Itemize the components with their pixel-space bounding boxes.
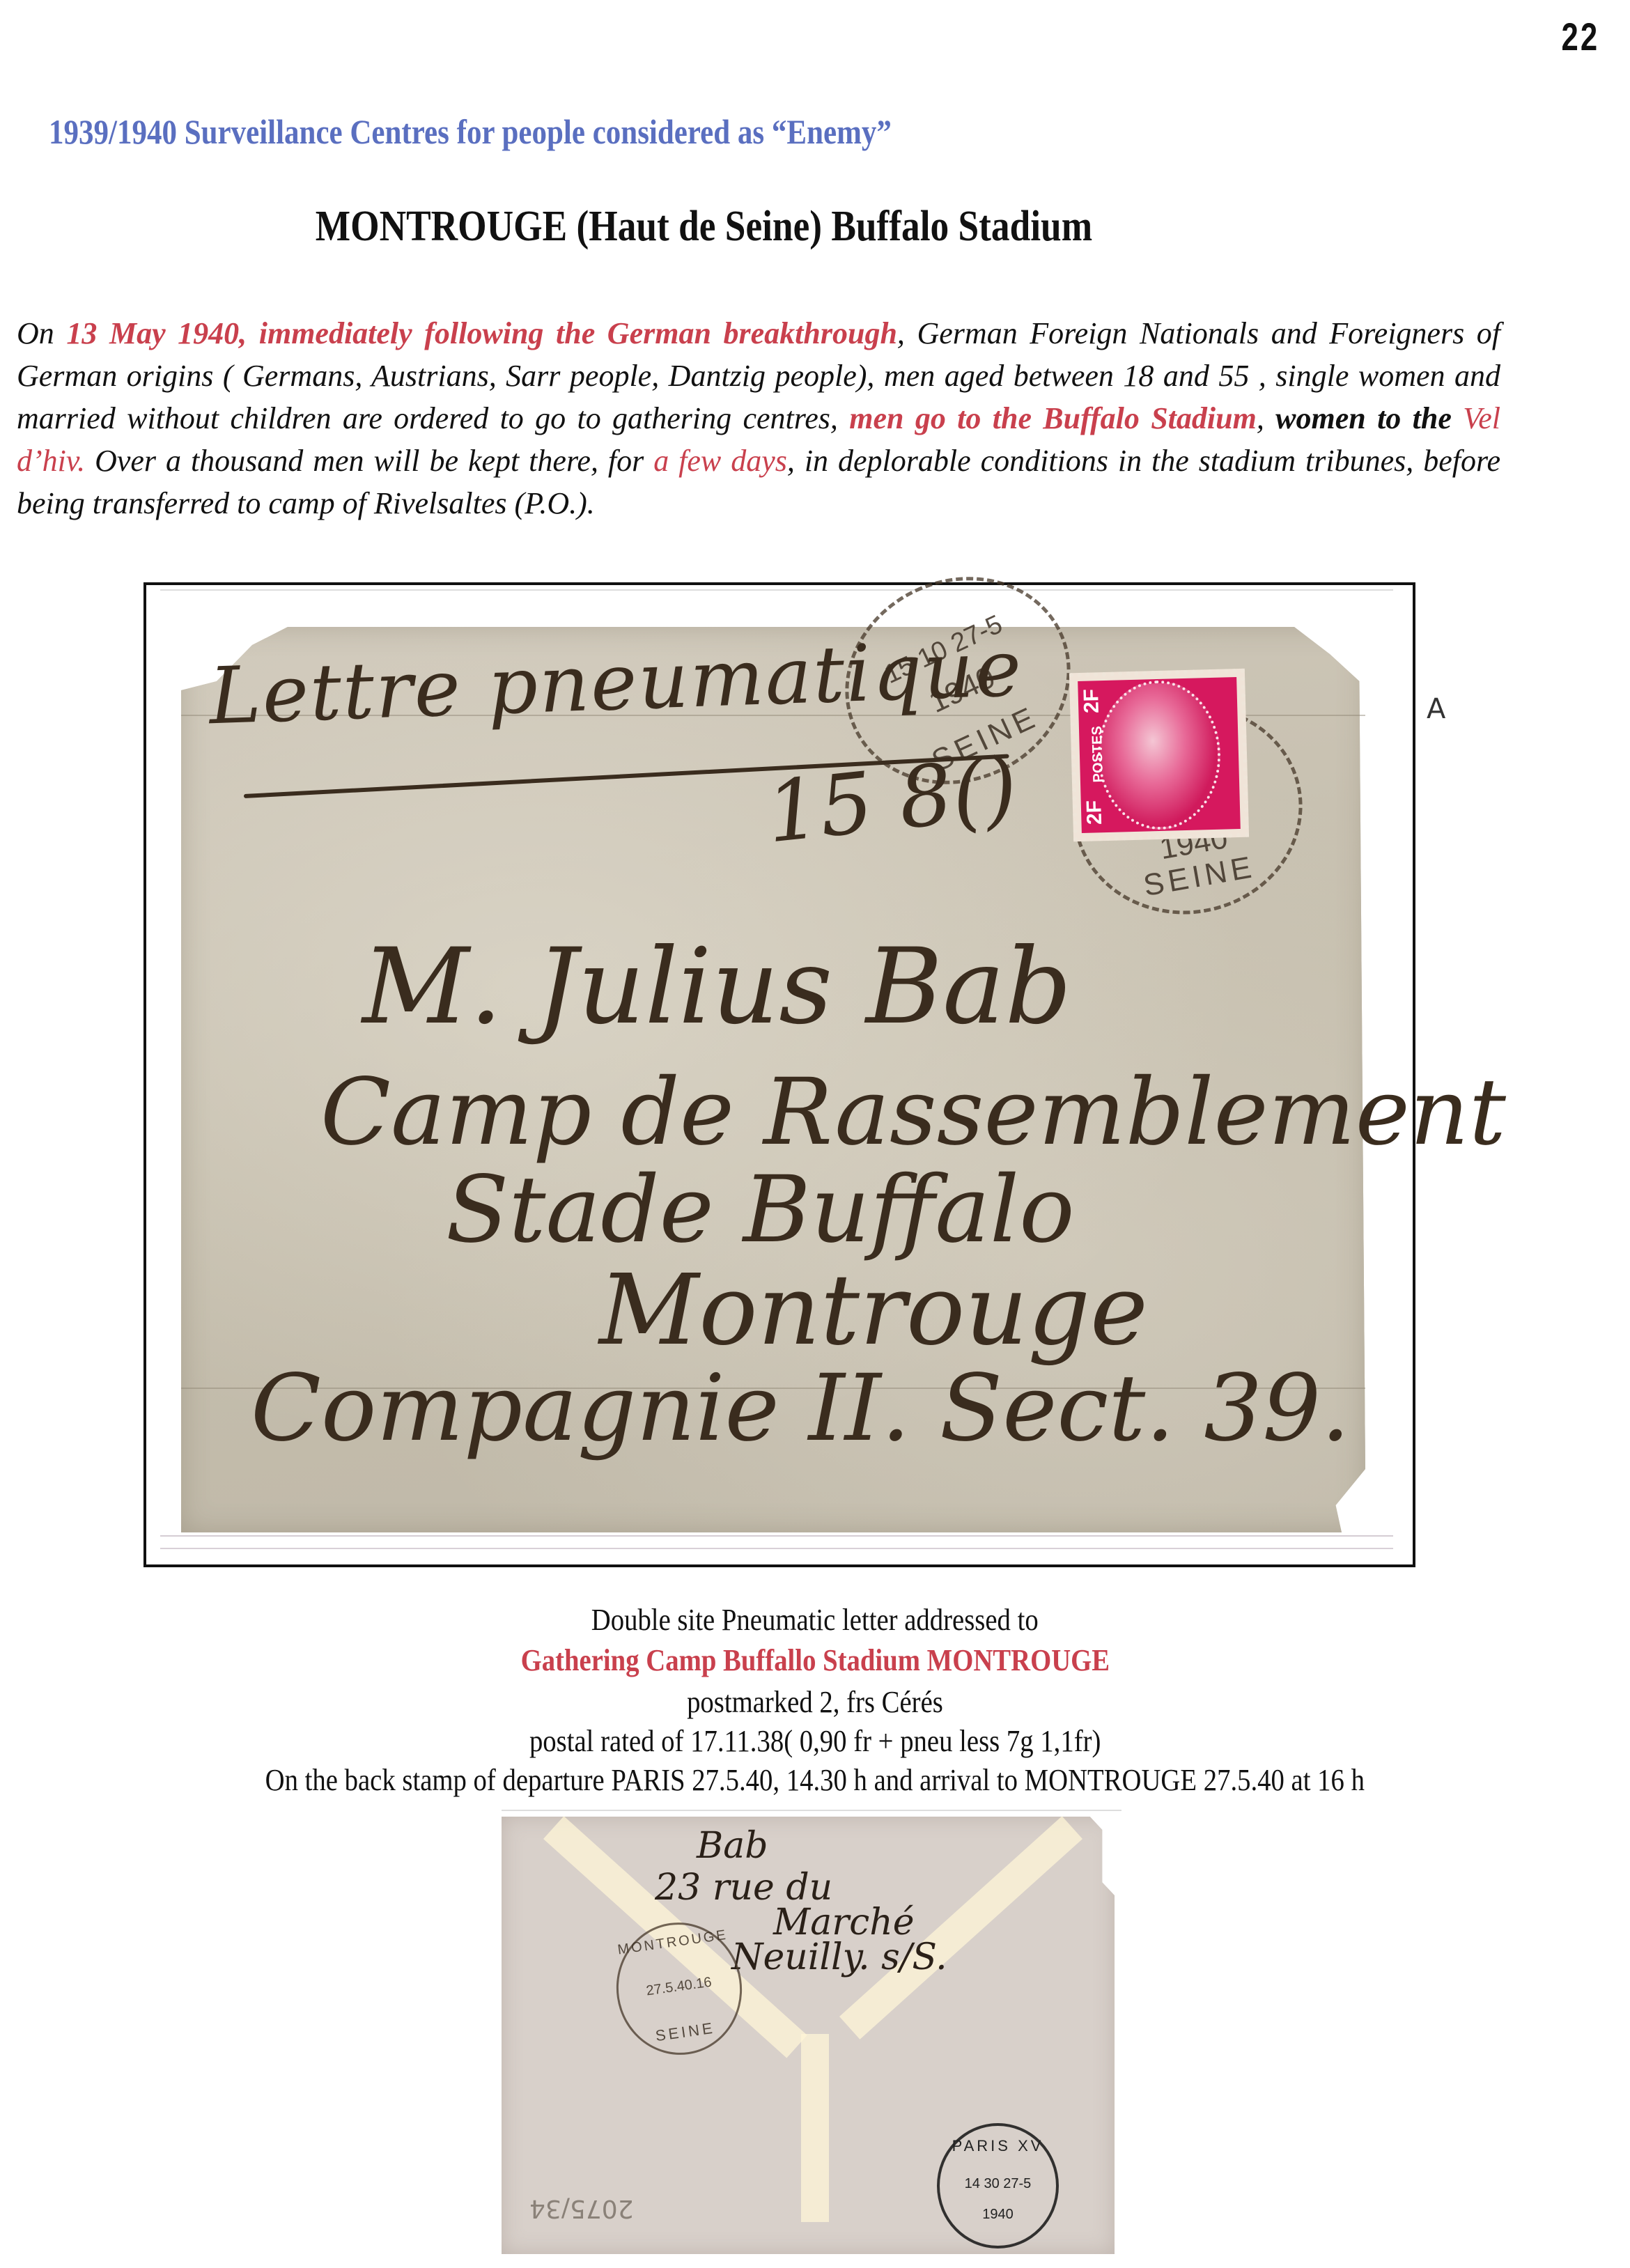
address-line-stadium: Stade Buffalo bbox=[446, 1156, 1075, 1264]
caption-line: On the back stamp of departure PARIS 27.… bbox=[0, 1762, 1630, 1798]
caption-line: postmarked 2, frs Cérés bbox=[0, 1684, 1630, 1720]
ceres-stamp: 2F POSTES 2F bbox=[1069, 669, 1249, 842]
caption-text: Double site Pneumatic letter addressed t… bbox=[591, 1602, 1039, 1638]
postmark-year: 1940 bbox=[940, 2207, 1056, 2223]
intro-highlight-days: a few days bbox=[653, 444, 787, 478]
page-title-text: MONTROUGE (Haut de Seine) Buffalo Stadiu… bbox=[315, 202, 1092, 251]
intro-segment: Over a thousand men will be kept there, … bbox=[85, 444, 653, 478]
address-line-town: Montrouge bbox=[599, 1254, 1148, 1367]
mount-strip-line bbox=[160, 1548, 1393, 1549]
sender-name: Bab bbox=[697, 1825, 768, 1867]
mount-strip-line bbox=[160, 1535, 1393, 1537]
stamp-label: POSTES bbox=[1089, 726, 1107, 783]
stamp-value: 2F bbox=[1080, 689, 1104, 714]
sender-town: Neuilly. s/S. bbox=[731, 1936, 947, 1978]
departure-postmark: PARIS XV 14 30 27-5 1940 bbox=[937, 2123, 1059, 2248]
postmark-time: 14 30 27-5 bbox=[940, 2176, 1056, 2192]
postmark-place: PARIS XV bbox=[940, 2137, 1056, 2155]
intro-highlight-men: men go to the Buffalo Stadium bbox=[849, 401, 1257, 435]
page-number: 22 bbox=[1561, 14, 1599, 59]
address-line-camp: Camp de Rassemblement bbox=[320, 1059, 1506, 1166]
caption-line: postal rated of 17.11.38( 0,90 fr + pneu… bbox=[0, 1723, 1630, 1759]
intro-women: women to the bbox=[1275, 401, 1463, 435]
caption-text: Gathering Camp Buffallo Stadium MONTROUG… bbox=[520, 1642, 1109, 1678]
page-title: MONTROUGE (Haut de Seine) Buffalo Stadiu… bbox=[0, 202, 1630, 251]
intro-segment: , bbox=[1257, 401, 1275, 435]
intro-paragraph: On 13 May 1940, immediately following th… bbox=[17, 312, 1500, 525]
stamp-value: 2F bbox=[1082, 800, 1107, 825]
ceres-portrait-icon bbox=[1096, 679, 1222, 832]
address-line-section: Compagnie II. Sect. 39. bbox=[251, 1355, 1350, 1462]
caption-text: postmarked 2, frs Cérés bbox=[687, 1684, 943, 1720]
series-title: 1939/1940 Surveillance Centres for peopl… bbox=[49, 111, 1067, 152]
caption-text: postal rated of 17.11.38( 0,90 fr + pneu… bbox=[529, 1723, 1101, 1759]
margin-mark: A bbox=[1427, 693, 1445, 725]
intro-segment: On bbox=[17, 316, 66, 350]
mount-strip-top bbox=[502, 1810, 1121, 1811]
caption-line: Double site Pneumatic letter addressed t… bbox=[0, 1602, 1630, 1638]
postmark-datetime: 27.5.40.16 bbox=[618, 1971, 740, 2003]
caption-text: On the back stamp of departure PARIS 27.… bbox=[265, 1762, 1365, 1798]
envelope-flap-stem bbox=[801, 2034, 829, 2222]
inventory-mark: 2075/34 bbox=[529, 2194, 634, 2223]
intro-highlight-date: 13 May 1940, immediately following the G… bbox=[66, 316, 897, 350]
address-line-recipient: M. Julius Bab bbox=[362, 926, 1072, 1048]
caption-highlight: Gathering Camp Buffallo Stadium MONTROUG… bbox=[0, 1642, 1630, 1678]
mount-strip-top bbox=[160, 589, 1393, 591]
